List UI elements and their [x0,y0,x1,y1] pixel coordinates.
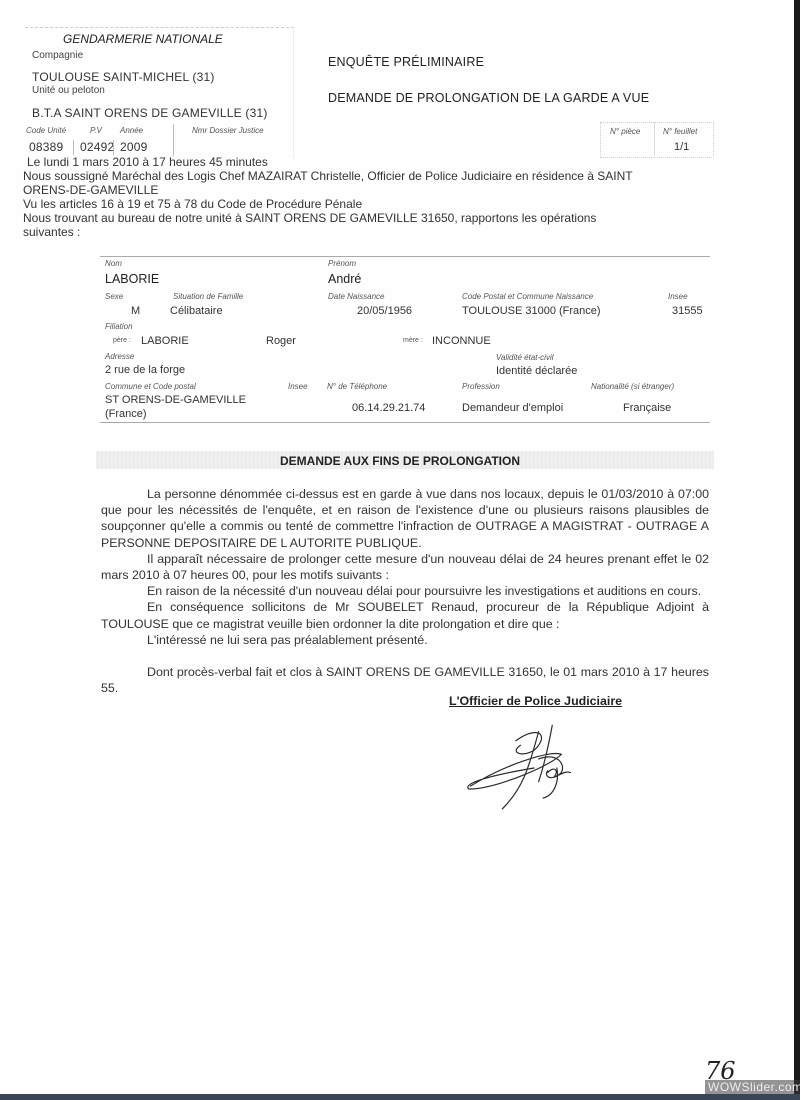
commune-value: ST ORENS-DE-GAMEVILLE [105,394,246,406]
piece-label: N° pièce [610,127,640,136]
intro-date: Le lundi 1 mars 2010 à 17 heures 45 minu… [27,156,268,170]
divider [113,140,114,155]
nationalite-label: Nationalité (si étranger) [591,382,674,391]
bottom-edge [0,1094,800,1100]
code-unite-value: 08389 [29,140,63,154]
filiation-label: Filiation [105,322,133,331]
unite-value: B.T.A SAINT ORENS DE GAMEVILLE (31) [32,106,268,120]
section-body: La personne dénommée ci-dessus est en ga… [101,486,709,696]
annee-value: 2009 [120,140,148,154]
divider [73,140,74,155]
insee-label: Insee [288,382,308,391]
pv-label: P.V [90,126,102,135]
feuillet-value: 1/1 [674,141,689,153]
document-page: GENDARMERIE NATIONALE Compagnie TOULOUSE… [0,0,794,1094]
lieu-naissance-label: Code Postal et Commune Naissance [462,292,593,301]
adresse-value: 2 rue de la forge [105,364,185,376]
intro-location: Nous trouvant au bureau de notre unité à… [23,212,596,226]
compagnie-label: Compagnie [32,50,83,61]
situation-label: Situation de Famille [173,292,243,301]
prenom-value: André [328,272,361,286]
watermark: WOWSlider.com [705,1080,800,1094]
insee-naissance-label: Insee [668,292,688,301]
annee-label: Année [120,126,143,135]
officer-title: L'Officier de Police Judiciaire [449,694,622,708]
right-edge [794,0,800,1100]
validite-label: Validité état-civil [496,353,554,362]
validite-value: Identité déclarée [496,365,577,377]
pere-label: père : [113,337,131,344]
intro-officer-cont: ORENS-DE-GAMEVILLE [23,184,158,198]
pv-value: 02492 [80,140,114,154]
divider [173,124,174,156]
demande-title: DEMANDE DE PROLONGATION DE LA GARDE A VU… [328,91,649,105]
intro-location-cont: suivantes : [23,226,80,240]
prenom-label: Prénom [328,259,356,268]
commune-country: (France) [105,408,147,420]
enquete-title: ENQUÊTE PRÉLIMINAIRE [328,55,484,69]
paragraph-closing: Dont procès-verbal fait et clos à SAINT … [101,664,709,696]
code-unite-label: Code Unité [26,126,66,135]
pere-prenom: Roger [266,335,296,347]
sexe-label: Sexe [105,292,123,301]
commune-label: Commune et Code postal [105,382,196,391]
intro-officer: Nous soussigné Maréchal des Logis Chef M… [23,170,633,184]
naissance-value: 20/05/1956 [357,305,412,317]
sexe-value: M [131,305,140,317]
paragraph-request: En conséquence sollicitons de Mr SOUBELE… [101,599,709,631]
tel-value: 06.14.29.21.74 [352,402,425,414]
divider [654,122,655,156]
profession-label: Profession [462,382,500,391]
naissance-label: Date Naissance [328,292,384,301]
org-name: GENDARMERIE NATIONALE [63,32,223,46]
section-title: DEMANDE AUX FINS DE PROLONGATION [0,454,800,468]
mere-value: INCONNUE [432,335,491,347]
paragraph-presentation: L'intéressé ne lui sera pas préalablemen… [101,632,709,648]
nom-value: LABORIE [105,272,159,286]
signature-icon [450,718,600,818]
paragraph-extension: Il apparaît nécessaire de prolonger cett… [101,551,709,583]
feuillet-label: N° feuillet [663,127,697,136]
situation-value: Célibataire [170,305,223,317]
nom-label: Nom [105,259,122,268]
adresse-label: Adresse [105,352,134,361]
insee-naissance-value: 31555 [672,305,703,317]
dossier-label: Nmr Dossier Justice [192,126,264,135]
mere-label: mère : [403,337,423,344]
lieu-naissance-value: TOULOUSE 31000 (France) [462,305,601,317]
paragraph-reason: En raison de la nécessité d'un nouveau d… [101,583,709,599]
pere-nom: LABORIE [141,335,189,347]
tel-label: N° de Téléphone [327,382,387,391]
nationalite-value: Française [623,402,671,414]
compagnie-value: TOULOUSE SAINT-MICHEL (31) [32,70,215,84]
profession-value: Demandeur d'emploi [462,402,563,414]
intro-articles: Vu les articles 16 à 19 et 75 à 78 du Co… [23,198,362,212]
identity-bottom-border [100,422,710,423]
unite-label: Unité ou peloton [32,85,105,96]
identity-top-border [100,256,710,257]
paragraph-custody: La personne dénommée ci-dessus est en ga… [101,486,709,551]
